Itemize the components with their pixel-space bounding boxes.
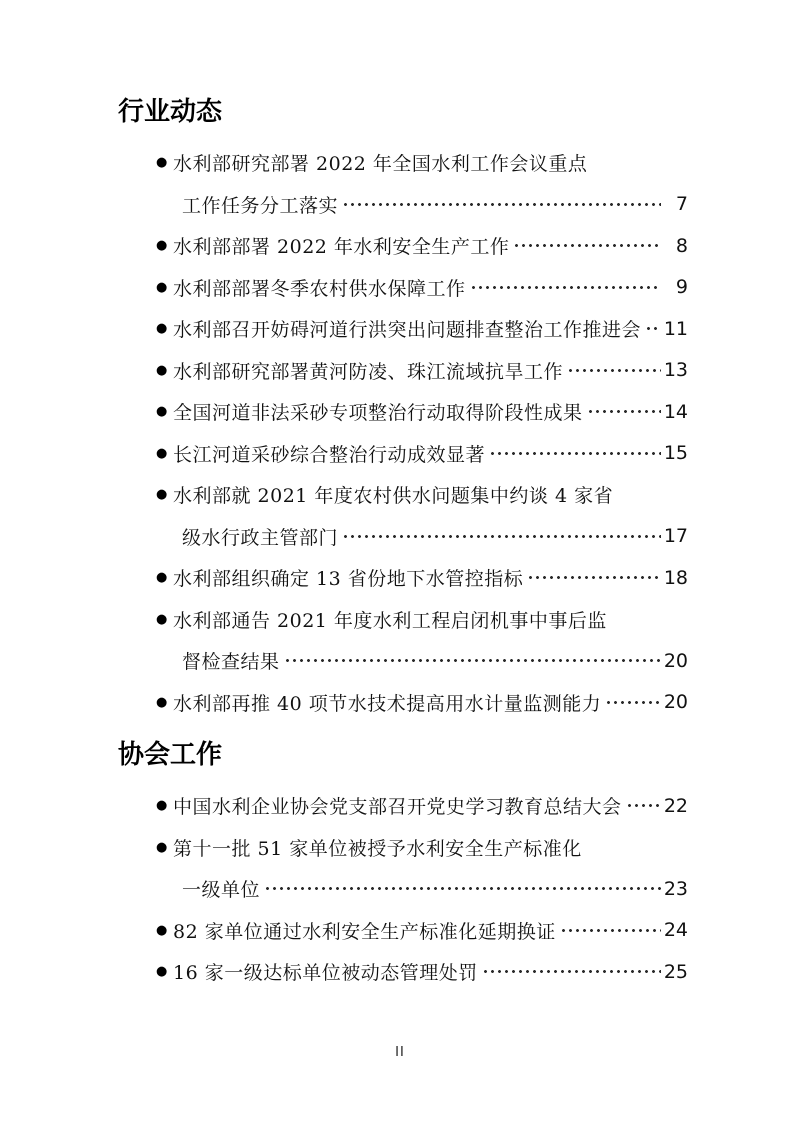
toc-entry-line[interactable]: 督检查结果 20 <box>156 640 688 682</box>
dotted-leader-icon <box>645 319 661 338</box>
toc-entry-line[interactable]: ● 全国河道非法采砂专项整治行动取得阶段性成果 14 <box>156 391 688 433</box>
section-title: 行业动态 <box>118 96 688 128</box>
toc-entry-line[interactable]: ● 16 家一级达标单位被动态管理处罚 25 <box>156 951 688 993</box>
bullet-icon: ● <box>156 696 173 709</box>
toc-content: 行业动态 ● 水利部研究部署 2022 年全国水利工作会议重点 工作任务分工落实… <box>118 96 688 999</box>
toc-list: ● 中国水利企业协会党支部召开党史学习教育总结大会 22 ● 第十一批 51 家… <box>118 785 688 993</box>
toc-entry-pagenum: 9 <box>664 276 688 298</box>
toc-entry-pagenum: 18 <box>664 567 688 589</box>
toc-entry-text: 82 家单位通过水利安全生产标准化延期换证 <box>173 917 556 944</box>
toc-entry-pagenum: 25 <box>664 961 688 983</box>
toc-entry-line[interactable]: ● 水利部组织确定 13 省份地下水管控指标 18 <box>156 557 688 599</box>
toc-entry-line[interactable]: ● 82 家单位通过水利安全生产标准化延期换证 24 <box>156 910 688 952</box>
toc-entry-pagenum: 23 <box>664 878 688 900</box>
toc-entry-line[interactable]: ● 水利部研究部署黄河防凌、珠江流域抗旱工作 13 <box>156 350 688 392</box>
toc-entry-text: 水利部就 2021 年度农村供水问题集中约谈 4 家省 <box>173 481 613 508</box>
toc-entry-text: 水利部研究部署黄河防凌、珠江流域抗旱工作 <box>173 357 563 384</box>
toc-entry-pagenum: 20 <box>664 691 688 713</box>
dotted-leader-icon <box>605 693 661 712</box>
toc-entry-text: 水利部通告 2021 年度水利工程启闭机事中事后监 <box>173 606 607 633</box>
section-title: 协会工作 <box>118 739 688 771</box>
dotted-leader-icon <box>567 361 661 380</box>
toc-entry-line[interactable]: ● 水利部就 2021 年度农村供水问题集中约谈 4 家省 <box>156 474 688 516</box>
bullet-icon: ● <box>156 613 173 626</box>
toc-entry-pagenum: 11 <box>664 318 688 340</box>
bullet-icon: ● <box>156 799 173 812</box>
toc-entry-line[interactable]: ● 第十一批 51 家单位被授予水利安全生产标准化 <box>156 827 688 869</box>
toc-entry-line[interactable]: ● 长江河道采砂综合整治行动成效显著 15 <box>156 433 688 475</box>
toc-entry-pagenum: 13 <box>664 359 688 381</box>
toc-entry-line[interactable]: ● 水利部部署冬季农村供水保障工作 9 <box>156 267 688 309</box>
dotted-leader-icon <box>513 236 661 255</box>
dotted-leader-icon <box>470 278 661 297</box>
dotted-leader-icon <box>587 402 661 421</box>
toc-entry-text: 级水行政主管部门 <box>182 523 338 550</box>
toc-entry-line[interactable]: ● 水利部部署 2022 年水利安全生产工作 8 <box>156 225 688 267</box>
bullet-icon: ● <box>156 571 173 584</box>
toc-entry-line[interactable]: 级水行政主管部门 17 <box>156 516 688 558</box>
toc-entry-text: 水利部召开妨碍河道行洪突出问题排查整治工作推进会 <box>173 315 641 342</box>
toc-entry-pagenum: 7 <box>664 193 688 215</box>
bullet-icon: ● <box>156 156 173 169</box>
toc-list: ● 水利部研究部署 2022 年全国水利工作会议重点 工作任务分工落实 7 ● … <box>118 142 688 723</box>
toc-entry-text: 水利部研究部署 2022 年全国水利工作会议重点 <box>173 149 587 176</box>
bullet-icon: ● <box>156 322 173 335</box>
toc-entry-text: 一级单位 <box>182 875 260 902</box>
bullet-icon: ● <box>156 965 173 978</box>
toc-entry-pagenum: 15 <box>664 442 688 464</box>
toc-entry-text: 16 家一级达标单位被动态管理处罚 <box>173 958 478 985</box>
toc-section: 协会工作 ● 中国水利企业协会党支部召开党史学习教育总结大会 22 ● 第十一批… <box>118 739 688 993</box>
bullet-icon: ● <box>156 281 173 294</box>
dotted-leader-icon <box>626 796 661 815</box>
toc-entry-text: 中国水利企业协会党支部召开党史学习教育总结大会 <box>173 792 622 819</box>
dotted-leader-icon <box>560 921 661 940</box>
dotted-leader-icon <box>342 527 661 546</box>
toc-entry-text: 督检查结果 <box>182 647 280 674</box>
toc-entry-pagenum: 20 <box>664 650 688 672</box>
dotted-leader-icon <box>264 879 661 898</box>
toc-entry-line[interactable]: ● 中国水利企业协会党支部召开党史学习教育总结大会 22 <box>156 785 688 827</box>
toc-entry-pagenum: 22 <box>664 795 688 817</box>
toc-entry-text: 长江河道采砂综合整治行动成效显著 <box>173 440 485 467</box>
dotted-leader-icon <box>284 651 661 670</box>
toc-entry-text: 工作任务分工落实 <box>182 191 338 218</box>
toc-entry-text: 第十一批 51 家单位被授予水利安全生产标准化 <box>173 834 582 861</box>
dotted-leader-icon <box>489 444 661 463</box>
dotted-leader-icon <box>527 568 661 587</box>
toc-entry-pagenum: 17 <box>664 525 688 547</box>
dotted-leader-icon <box>342 195 661 214</box>
toc-entry-line[interactable]: ● 水利部通告 2021 年度水利工程启闭机事中事后监 <box>156 599 688 641</box>
bullet-icon: ● <box>156 488 173 501</box>
toc-entry-line[interactable]: 一级单位 23 <box>156 868 688 910</box>
bullet-icon: ● <box>156 447 173 460</box>
toc-entry-text: 全国河道非法采砂专项整治行动取得阶段性成果 <box>173 398 583 425</box>
bullet-icon: ● <box>156 841 173 854</box>
toc-entry-pagenum: 8 <box>664 235 688 257</box>
toc-entry-pagenum: 14 <box>664 401 688 423</box>
bullet-icon: ● <box>156 364 173 377</box>
toc-page: 行业动态 ● 水利部研究部署 2022 年全国水利工作会议重点 工作任务分工落实… <box>0 0 800 1131</box>
toc-entry-pagenum: 24 <box>664 919 688 941</box>
toc-entry-text: 水利部部署 2022 年水利安全生产工作 <box>173 232 509 259</box>
toc-entry-line[interactable]: 工作任务分工落实 7 <box>156 184 688 226</box>
toc-entry-line[interactable]: ● 水利部研究部署 2022 年全国水利工作会议重点 <box>156 142 688 184</box>
toc-entry-text: 水利部部署冬季农村供水保障工作 <box>173 274 466 301</box>
bullet-icon: ● <box>156 239 173 252</box>
bullet-icon: ● <box>156 924 173 937</box>
toc-section: 行业动态 ● 水利部研究部署 2022 年全国水利工作会议重点 工作任务分工落实… <box>118 96 688 723</box>
dotted-leader-icon <box>482 962 661 981</box>
toc-entry-text: 水利部组织确定 13 省份地下水管控指标 <box>173 564 523 591</box>
toc-entry-line[interactable]: ● 水利部召开妨碍河道行洪突出问题排查整治工作推进会 11 <box>156 308 688 350</box>
toc-entry-line[interactable]: ● 水利部再推 40 项节水技术提高用水计量监测能力 20 <box>156 682 688 724</box>
page-number-footer: II <box>0 1045 800 1060</box>
bullet-icon: ● <box>156 405 173 418</box>
toc-entry-text: 水利部再推 40 项节水技术提高用水计量监测能力 <box>173 689 601 716</box>
